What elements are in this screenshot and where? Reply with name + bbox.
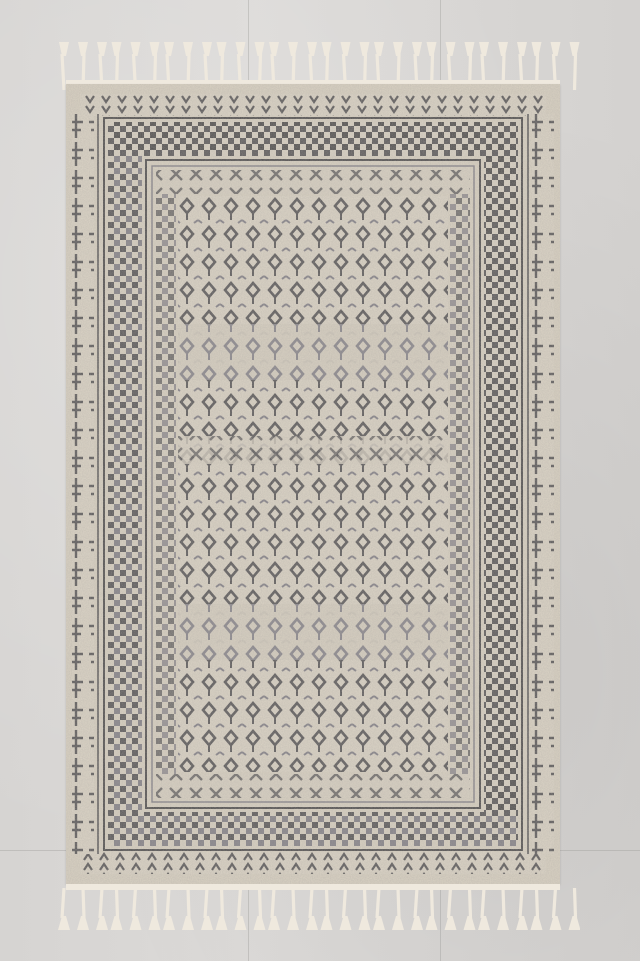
rug <box>66 84 560 884</box>
bottom-fringe-tassels <box>50 888 580 938</box>
rug-pattern <box>66 84 560 884</box>
